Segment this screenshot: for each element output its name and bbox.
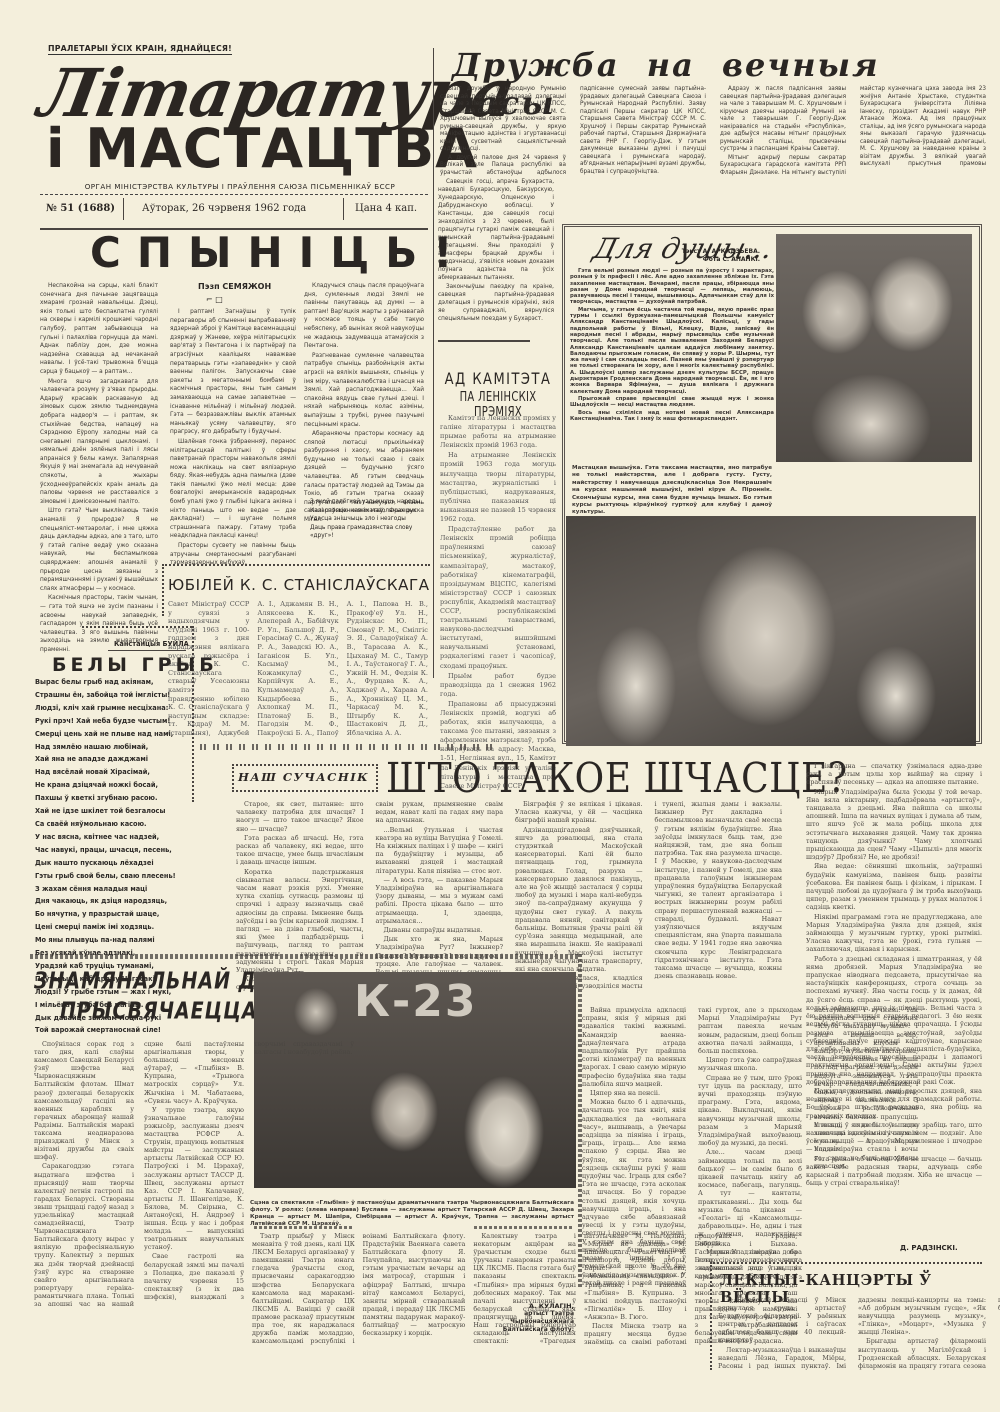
photo-embroidery-girl [566, 516, 976, 746]
lenin-committee-headline-1: АД КАМІТЭТА [440, 370, 556, 389]
spynits-left-rule [162, 564, 164, 616]
bely-hryb-author: Канстанцыя БУЙЛА [114, 640, 189, 648]
lektsyi-body: З Віцебскай вобласці ў Мінск вярнулася г… [718, 1296, 986, 1370]
wavy-vertical [578, 954, 582, 1288]
price-divider [343, 198, 344, 220]
photo-couple-with-notes [776, 234, 972, 462]
spynits-verse: З якой палёгкай уздыхнуць народы, Калі с… [310, 498, 424, 541]
nash-suchasnik-rubric: НАШ СУЧАСНІК [238, 770, 369, 784]
embroidery-caption: Мастацкая вышыўка. Гэта таксама мастацтв… [572, 465, 772, 517]
issue-number: № 51 (1688) [46, 203, 115, 214]
bely-hryb-headline: БЕЛЫ ГРЫБ [52, 654, 218, 676]
credit-text: Тэкст А. АРКАДЗЬЕВА. [650, 248, 760, 255]
lenin-committee-body: Камітэт па Ленінскіх прэміях у галіне лі… [440, 414, 556, 792]
shchastse-body-right: І віктарына — спачатку ўзнімалася адна-д… [806, 762, 982, 1232]
theatre-photo-caption: Сцэна са спектакля «Глыбіня» ў пастаноўц… [250, 1200, 574, 1228]
column-rule [433, 48, 434, 678]
stanislavsky-headline: ЮБІЛЕЙ К. С. СТАНІСЛАЎСКАГА [168, 576, 430, 594]
znamianalnai-headline-2: ПРЫСВЯЧАЕЦЦА [60, 998, 258, 1024]
spynits-middle-column: І раптам! Загнаўшы ў тупік перагаворы аб… [170, 308, 296, 569]
masthead-rule [40, 194, 428, 195]
lektsyi-top-rule [710, 1262, 982, 1264]
stanislavsky-top-rule [162, 564, 430, 566]
credit-photo: Фота С. АНАНКІ. [650, 256, 760, 263]
shchastse-author: Д. РАДЗІНСКІ. [900, 1244, 958, 1252]
issue-date: Аўторак, 26 чэрвеня 1962 года [142, 203, 306, 214]
spynits-author: Пэзп СЕМЯЖОН [198, 282, 271, 291]
spynits-left-column: Неспакойна на сэрцы, калі блакіт сонечна… [40, 282, 158, 656]
wavy-divider [30, 954, 580, 959]
diamond-divider [200, 744, 498, 750]
bely-hryb-author-rule [108, 650, 186, 651]
spynits-headline: СПЫНІЦЬ! [90, 228, 468, 277]
dlia-dusha-body: Гэта вельмі розныя людзі — розныя па ўзр… [570, 268, 774, 423]
photo-theatre-scene: К-23 [254, 972, 576, 1188]
issue-divider [123, 198, 124, 220]
photo-sign-k23: К-23 [354, 976, 477, 1027]
issue-price: Цана 4 кап. [355, 203, 417, 214]
druzhba-body: Візіт дружбы ў народную Румынію савецкай… [440, 86, 986, 178]
lektsyi-left-rule [710, 1262, 712, 1370]
masthead-title-line2: і МАСТАЦТВА [46, 120, 478, 178]
znamianalnai-body-left: Споўнілася сорак год з таго дня, калі сл… [34, 1040, 244, 1312]
spynits-right-column: Кладучыся спаць пасля працоўнага дня, су… [304, 282, 424, 526]
shto-takoe-shchastse-headline: ШТО ТАКОЕ ШЧАСЦЕ? [386, 754, 848, 805]
spynits-ornament: ⌐ □ [206, 295, 223, 304]
caption-underline-right [474, 1226, 574, 1229]
caption-underline-left [254, 1226, 354, 1229]
druzhba-end-rule [438, 340, 530, 342]
masthead-subtitle: ОРГАН МІНІСТЭРСТВА КУЛЬТУРЫ І ПРАЎЛЕННЯ … [50, 182, 430, 191]
kulagin-author: А. КУЛАГІН, артыст Тэатра Чырвонасцяжнаг… [470, 1302, 574, 1334]
